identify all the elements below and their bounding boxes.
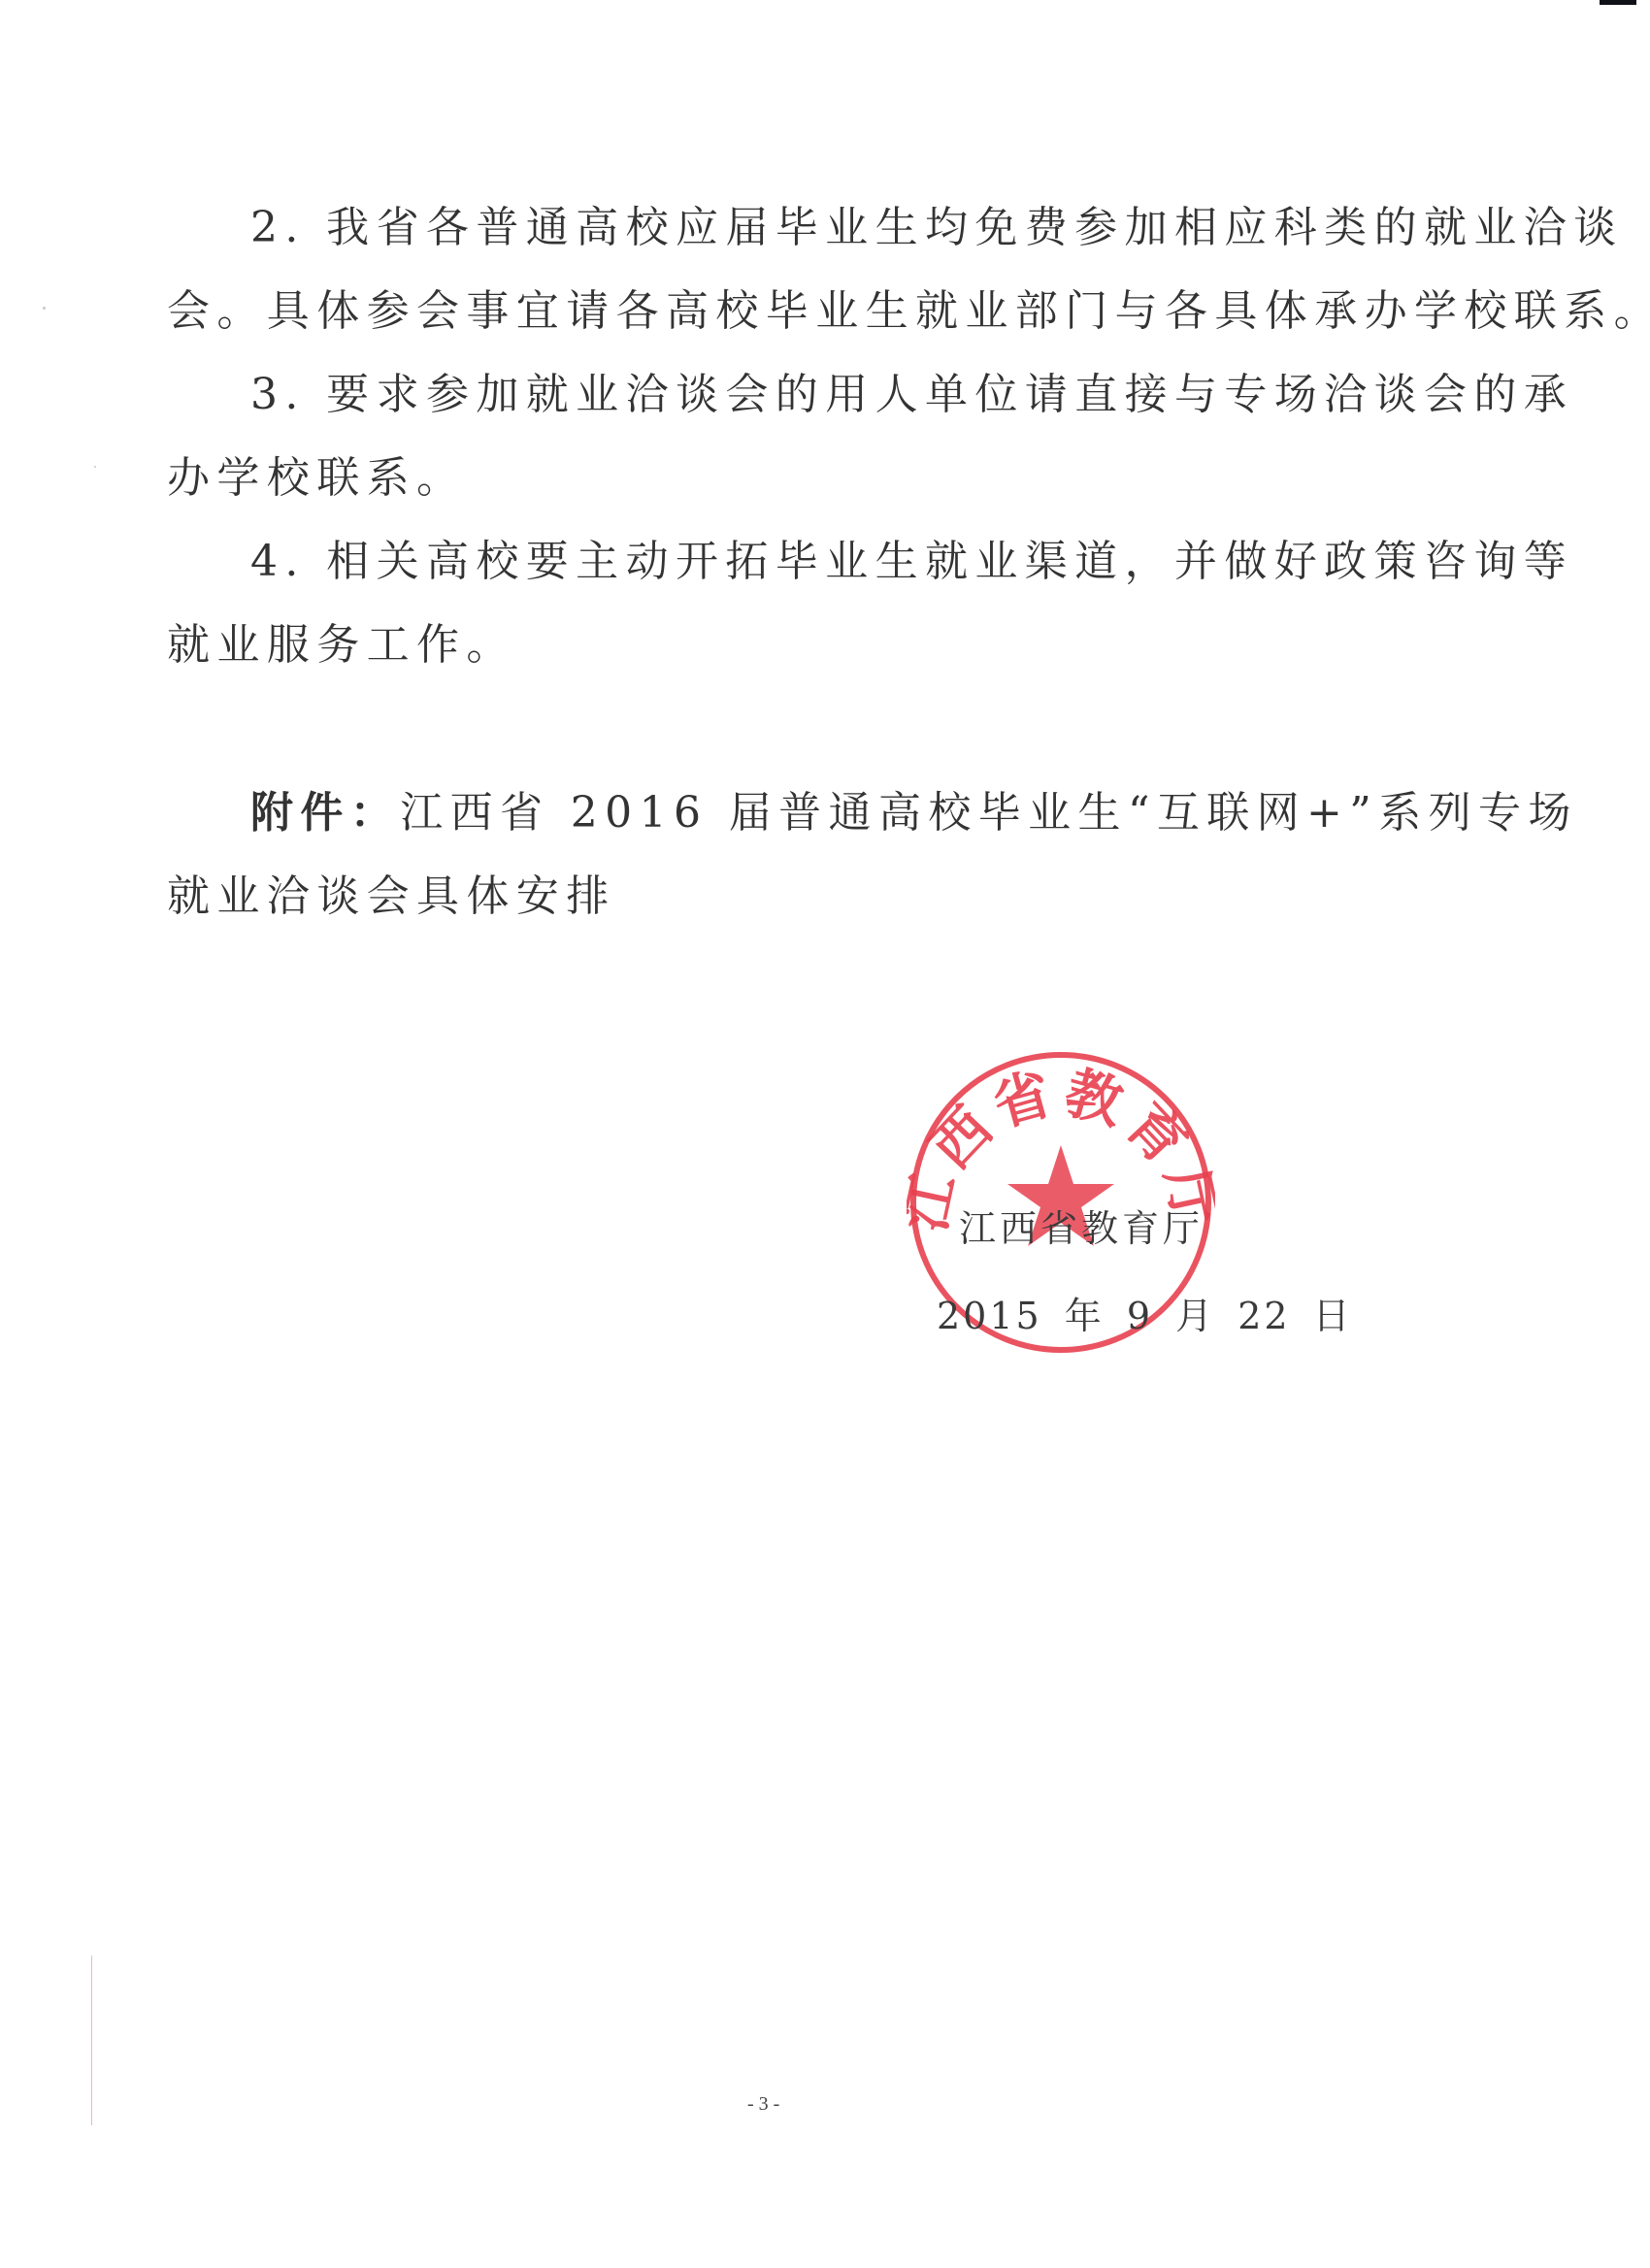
paragraph-item-2-line-2: 会。具体参会事宜请各高校毕业生就业部门与各具体承办学校联系。 [167, 282, 1390, 341]
attachment-label: 附件： [250, 788, 400, 838]
paragraph-item-4-line-1: 4. 相关高校要主动开拓毕业生就业渠道，并做好政策咨询等 [250, 533, 1473, 591]
paragraph-item-3-line-1: 3. 要求参加就业洽谈会的用人单位请直接与专场洽谈会的承 [250, 366, 1473, 424]
paragraph-item-4-line-2: 就业服务工作。 [167, 616, 1390, 674]
scan-speck [94, 466, 96, 468]
attachment-line-2: 就业洽谈会具体安排 [167, 868, 1390, 926]
paragraph-item-2-line-1: 2. 我省各普通高校应届毕业生均免费参加相应科类的就业洽谈 [250, 199, 1473, 257]
attachment-title: 江西省 2016 届普通高校毕业生“互联网+”系列专场 [400, 788, 1578, 838]
attachment-line-1: 附件：江西省 2016 届普通高校毕业生“互联网+”系列专场 [250, 784, 1473, 842]
issuer-name: 江西省教育厅 [959, 1199, 1204, 1252]
issue-date: 2015 年 9 月 22 日 [937, 1286, 1353, 1339]
scan-margin-line [91, 1956, 92, 2125]
scan-speck [43, 307, 46, 310]
scan-edge-mark [1600, 0, 1636, 5]
page-number: - 3 - [747, 2093, 779, 2116]
paragraph-item-3-line-2: 办学校联系。 [167, 449, 1390, 508]
